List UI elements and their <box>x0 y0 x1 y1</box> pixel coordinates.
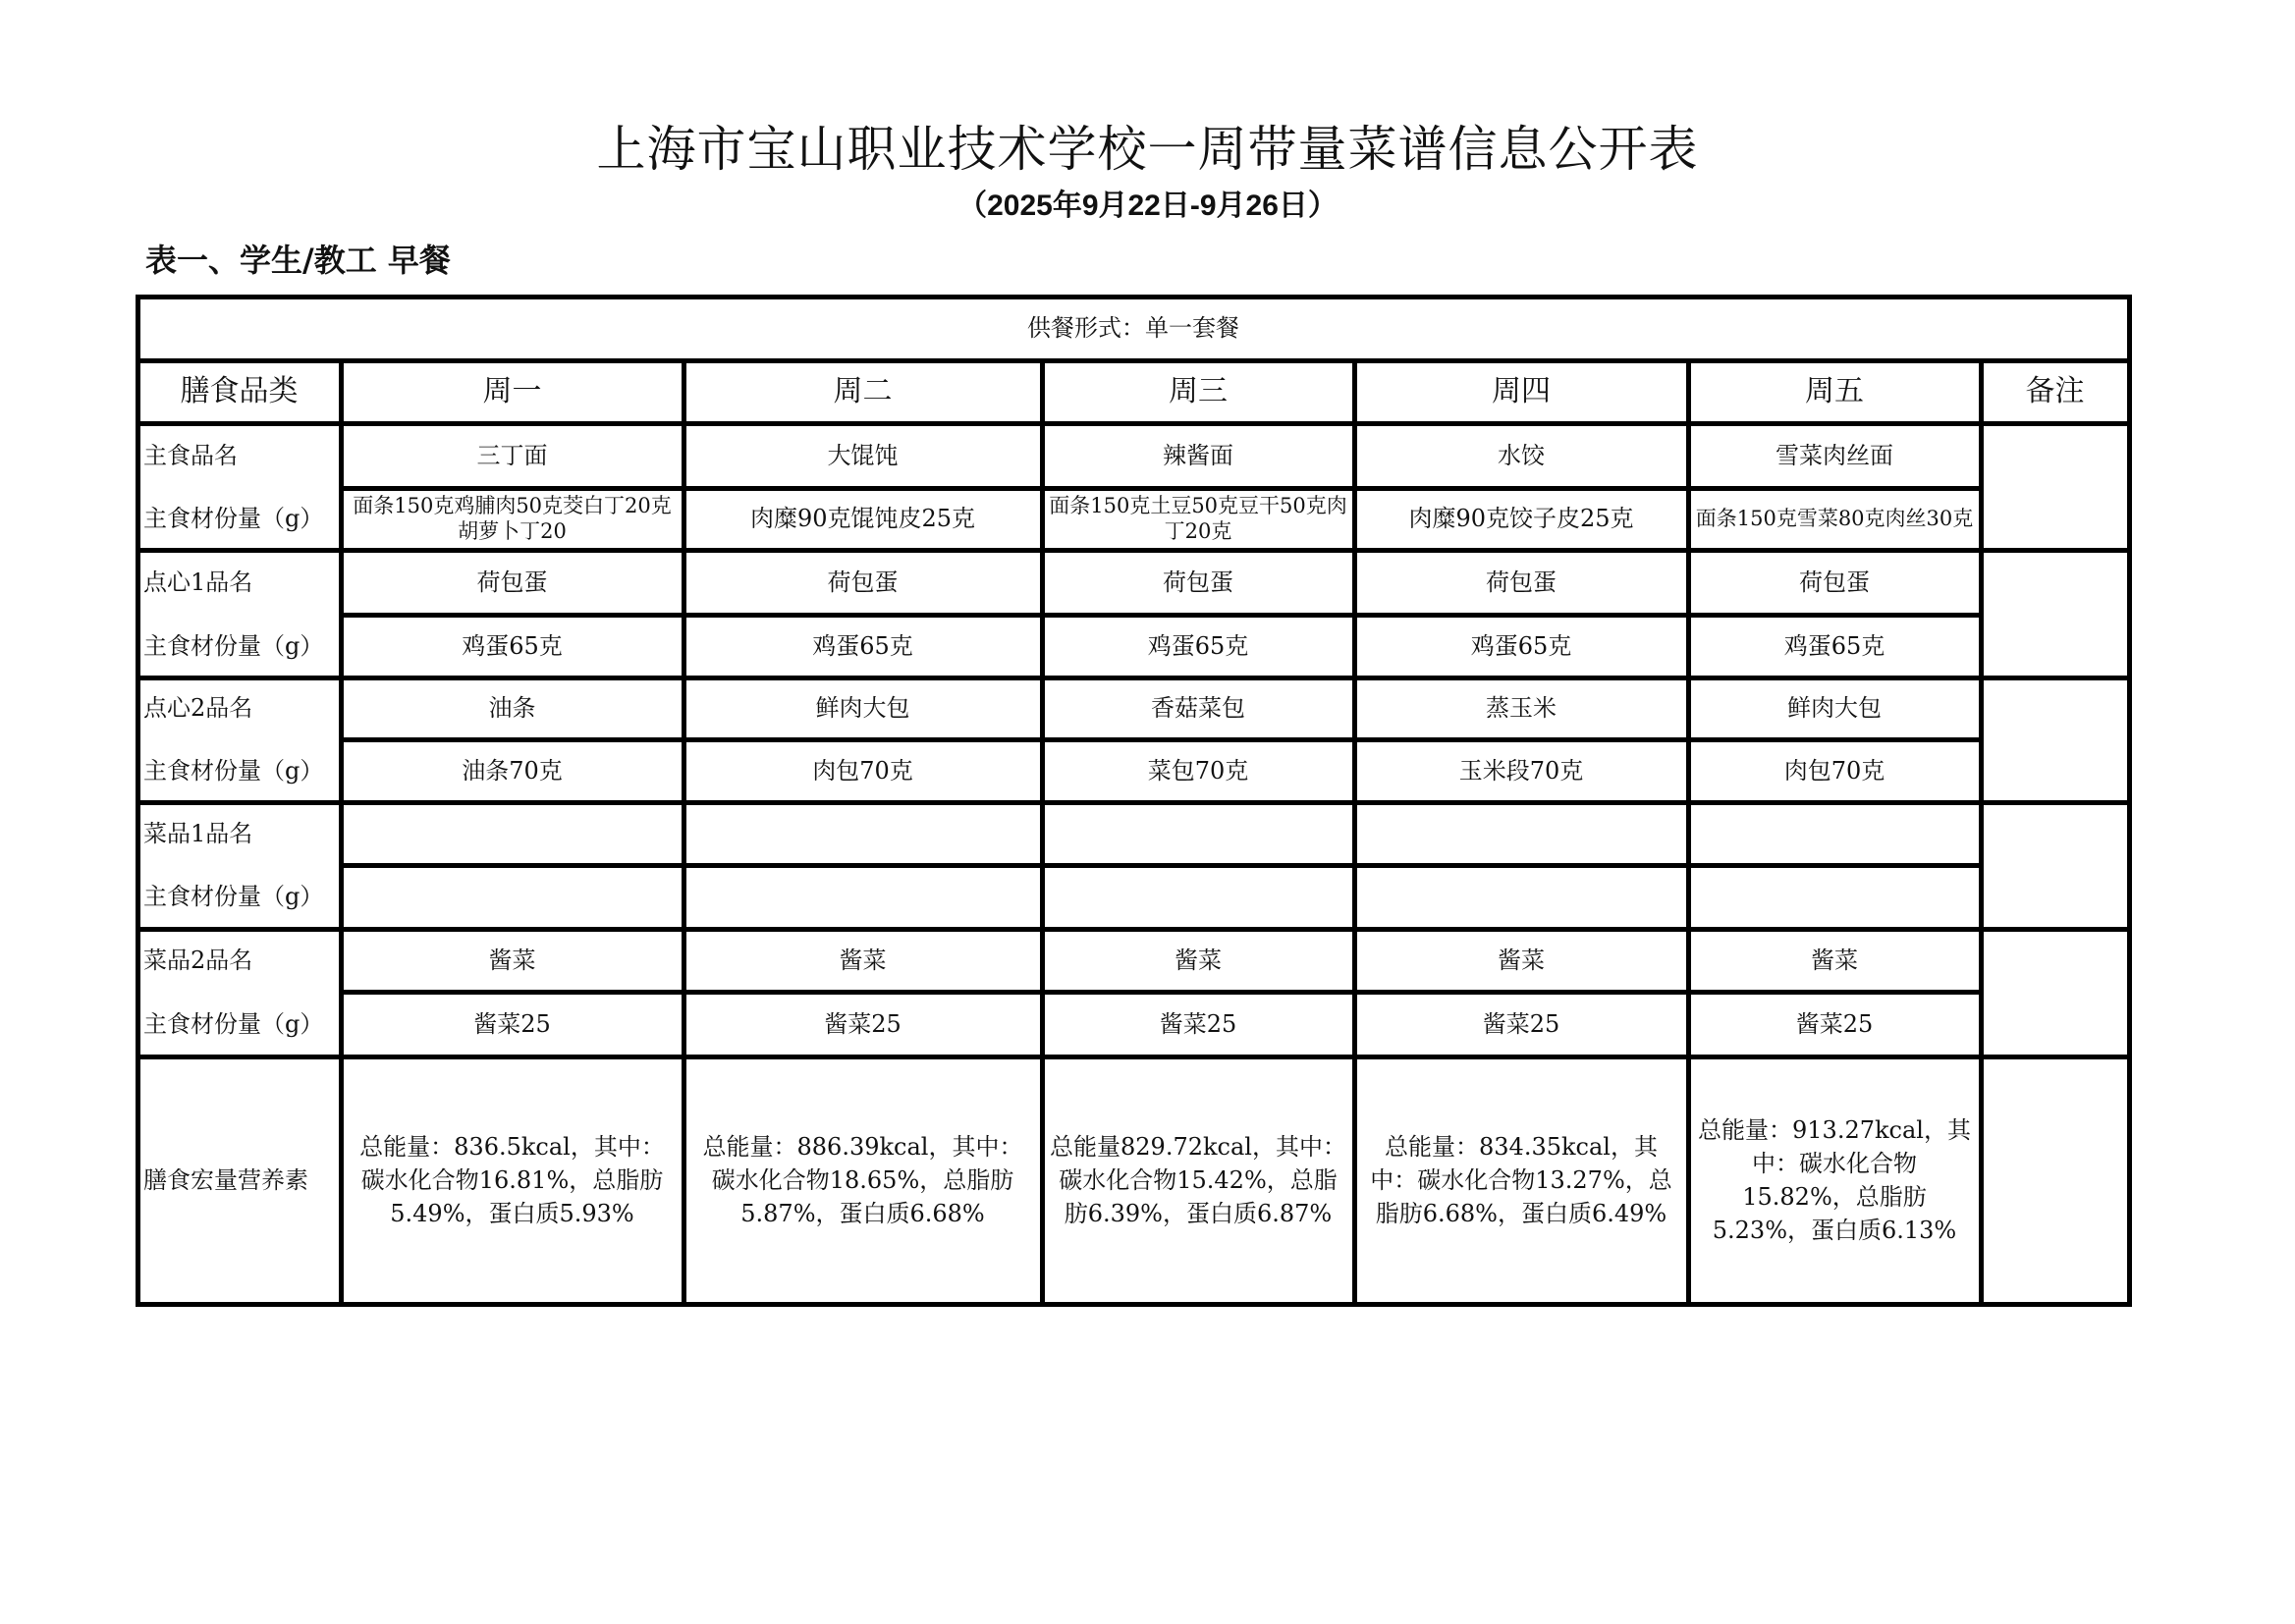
table-border <box>339 613 1984 618</box>
table-border <box>2127 295 2132 1307</box>
nutrition-cell: 总能量：886.39kcal，其中：碳水化合物18.65%，总脂肪5.87%，蛋… <box>683 1056 1042 1304</box>
table-cell: 面条150克土豆50克豆干50克肉丁20克 <box>1042 488 1354 550</box>
row-label: 主食品名 <box>137 423 341 488</box>
header-cell: 膳食品类 <box>137 360 341 423</box>
table-cell: 菜包70克 <box>1042 739 1354 802</box>
table-border <box>682 358 686 1307</box>
table-border <box>339 486 1984 491</box>
table-cell: 鸡蛋65克 <box>1042 615 1354 677</box>
row-label: 主食材份量（g） <box>137 615 341 677</box>
table-cell: 酱菜 <box>1042 929 1354 992</box>
table-border <box>136 358 2132 363</box>
table-border <box>136 1302 2132 1307</box>
table-cell: 面条150克鸡脯肉50克茭白丁20克胡萝卜丁20 <box>341 488 683 550</box>
table-cell: 荷包蛋 <box>1354 550 1688 615</box>
table-border <box>1979 358 1984 1307</box>
table-cell: 三丁面 <box>341 423 683 488</box>
header-cell: 周五 <box>1688 360 1981 423</box>
table-border <box>1040 358 1045 1307</box>
row-label: 膳食宏量营养素 <box>137 1056 341 1304</box>
remark-cell <box>1981 550 2129 677</box>
table-cell: 水饺 <box>1354 423 1688 488</box>
table-cell: 酱菜25 <box>1688 992 1981 1056</box>
table-border <box>1686 358 1691 1307</box>
table-border <box>136 295 2132 299</box>
nutrition-cell: 总能量：913.27kcal，其中：碳水化合物15.82%，总脂肪5.23%，蛋… <box>1688 1056 1981 1304</box>
remark-cell <box>1981 423 2129 550</box>
table-border <box>339 990 1984 995</box>
table-border <box>136 676 2132 680</box>
row-label: 菜品2品名 <box>137 929 341 992</box>
table-cell: 鲜肉大包 <box>1688 677 1981 739</box>
table-cell <box>341 802 683 865</box>
table-cell <box>683 802 1042 865</box>
table-cell: 酱菜25 <box>341 992 683 1056</box>
header-cell: 周二 <box>683 360 1042 423</box>
row-label: 点心1品名 <box>137 550 341 615</box>
nutrition-cell: 总能量：836.5kcal，其中：碳水化合物16.81%，总脂肪5.49%，蛋白… <box>341 1056 683 1304</box>
table-border <box>136 295 140 1307</box>
table-cell <box>1354 865 1688 929</box>
table-cell: 玉米段70克 <box>1354 739 1688 802</box>
service-form-cell: 供餐形式：单一套餐 <box>137 297 2129 360</box>
table-cell: 酱菜25 <box>1042 992 1354 1056</box>
row-label: 主食材份量（g） <box>137 739 341 802</box>
table-cell <box>1042 865 1354 929</box>
table-cell: 荷包蛋 <box>683 550 1042 615</box>
table-border <box>136 421 2132 426</box>
table-cell: 油条70克 <box>341 739 683 802</box>
table-cell: 酱菜 <box>1688 929 1981 992</box>
table-cell: 肉包70克 <box>1688 739 1981 802</box>
row-label: 菜品1品名 <box>137 802 341 865</box>
table-cell: 酱菜25 <box>1354 992 1688 1056</box>
table-cell: 鲜肉大包 <box>683 677 1042 739</box>
nutrition-cell: 总能量829.72kcal，其中：碳水化合物15.42%，总脂肪6.39%，蛋白… <box>1042 1056 1354 1304</box>
table-cell: 大馄饨 <box>683 423 1042 488</box>
table-cell: 香菇菜包 <box>1042 677 1354 739</box>
table-border <box>1352 358 1357 1307</box>
table-cell: 鸡蛋65克 <box>1688 615 1981 677</box>
remark-cell <box>1981 677 2129 802</box>
table-cell: 鸡蛋65克 <box>1354 615 1688 677</box>
header-cell: 周三 <box>1042 360 1354 423</box>
table-cell: 荷包蛋 <box>1042 550 1354 615</box>
table-cell: 辣酱面 <box>1042 423 1354 488</box>
nutrition-cell: 总能量：834.35kcal，其中：碳水化合物13.27%，总脂肪6.68%，蛋… <box>1354 1056 1688 1304</box>
table-border <box>136 548 2132 553</box>
table-border <box>339 358 344 1307</box>
table-cell: 酱菜 <box>683 929 1042 992</box>
table-cell: 雪菜肉丝面 <box>1688 423 1981 488</box>
remark-cell <box>1981 802 2129 929</box>
table-border <box>136 1055 2132 1059</box>
table-cell <box>1354 802 1688 865</box>
table-cell: 肉包70克 <box>683 739 1042 802</box>
table-border <box>339 737 1984 742</box>
table-cell: 酱菜 <box>1354 929 1688 992</box>
table-cell <box>341 865 683 929</box>
header-cell: 备注 <box>1981 360 2129 423</box>
row-label: 主食材份量（g） <box>137 488 341 550</box>
table-cell: 鸡蛋65克 <box>683 615 1042 677</box>
table-cell <box>1688 802 1981 865</box>
table-cell: 肉糜90克饺子皮25克 <box>1354 488 1688 550</box>
row-label: 点心2品名 <box>137 677 341 739</box>
menu-table: 供餐形式：单一套餐膳食品类周一周二周三周四周五备注主食品名三丁面大馄饨辣酱面水饺… <box>0 0 2295 1624</box>
table-cell: 荷包蛋 <box>1688 550 1981 615</box>
header-cell: 周一 <box>341 360 683 423</box>
remark-cell <box>1981 1056 2129 1304</box>
table-cell: 酱菜25 <box>683 992 1042 1056</box>
table-border <box>339 863 1984 868</box>
table-cell: 蒸玉米 <box>1354 677 1688 739</box>
row-label: 主食材份量（g） <box>137 865 341 929</box>
table-cell <box>1688 865 1981 929</box>
table-cell <box>1042 802 1354 865</box>
table-border <box>136 800 2132 805</box>
table-cell: 鸡蛋65克 <box>341 615 683 677</box>
table-cell <box>683 865 1042 929</box>
table-cell: 荷包蛋 <box>341 550 683 615</box>
table-border <box>136 927 2132 932</box>
table-cell: 油条 <box>341 677 683 739</box>
header-cell: 周四 <box>1354 360 1688 423</box>
table-cell: 肉糜90克馄饨皮25克 <box>683 488 1042 550</box>
row-label: 主食材份量（g） <box>137 992 341 1056</box>
table-cell: 面条150克雪菜80克肉丝30克 <box>1688 488 1981 550</box>
table-cell: 酱菜 <box>341 929 683 992</box>
remark-cell <box>1981 929 2129 1056</box>
